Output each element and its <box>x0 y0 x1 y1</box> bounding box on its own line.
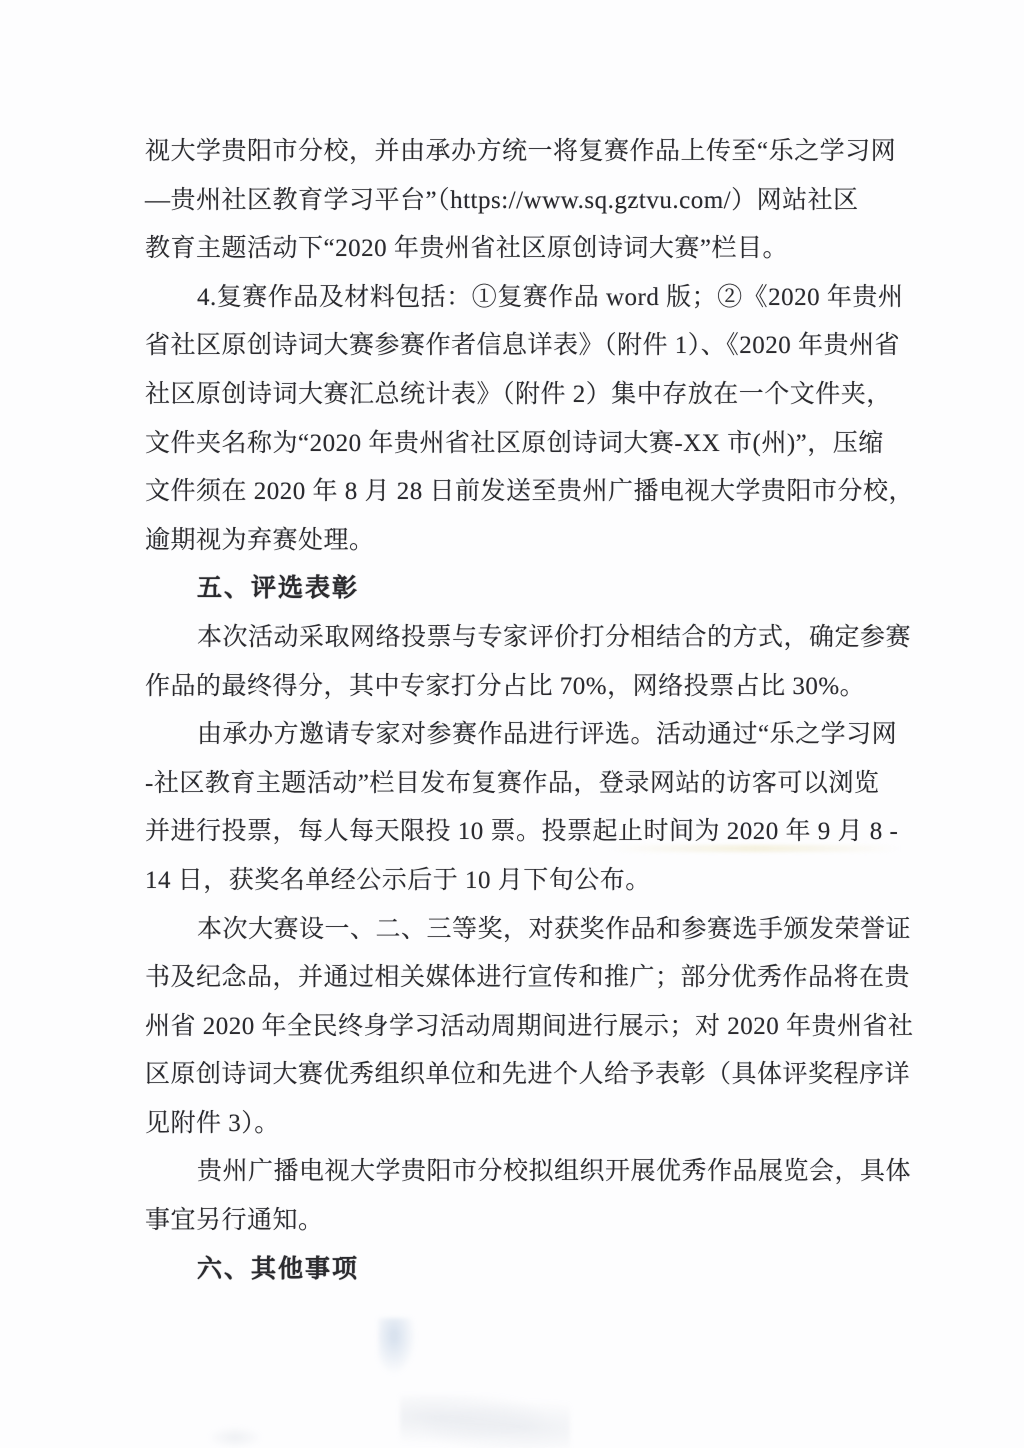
text-line: 4.复赛作品及材料包括：①复赛作品 word 版；②《2020 年贵州 <box>145 274 885 323</box>
text-line: 由承办方邀请专家对参赛作品进行评选。活动通过“乐之学习网 <box>145 711 885 760</box>
text-line: 逾期视为弃赛处理。 <box>145 517 885 566</box>
text-line: 区原创诗词大赛优秀组织单位和先进个人给予表彰（具体评奖程序详 <box>145 1051 885 1100</box>
scan-smudge <box>378 1318 418 1378</box>
scan-smudge <box>205 1425 265 1448</box>
document-page: 视大学贵阳市分校，并由承办方统一将复赛作品上传至“乐之学习网 —贵州社区教育学习… <box>0 0 1024 1448</box>
text-line: 文件须在 2020 年 8 月 28 日前发送至贵州广播电视大学贵阳市分校， <box>145 468 885 517</box>
section-heading-evaluation: 五、评选表彰 <box>145 565 885 614</box>
text-line: 省社区原创诗词大赛参赛作者信息详表》（附件 1）、《2020 年贵州省 <box>145 322 885 371</box>
text-line: 教育主题活动下“2020 年贵州省社区原创诗词大赛”栏目。 <box>145 225 885 274</box>
scan-smudge <box>400 1395 570 1448</box>
text-line: 见附件 3）。 <box>145 1100 885 1149</box>
text-line: -社区教育主题活动”栏目发布复赛作品，登录网站的访客可以浏览 <box>145 760 885 809</box>
text-line: 文件夹名称为“2020 年贵州省社区原创诗词大赛-XX 市(州)”，压缩 <box>145 420 885 469</box>
text-line: —贵州社区教育学习平台”（https://www.sq.gztvu.com/）网… <box>145 177 885 226</box>
text-line: 书及纪念品，并通过相关媒体进行宣传和推广；部分优秀作品将在贵 <box>145 954 885 1003</box>
section-heading-other-matters: 六、其他事项 <box>145 1246 885 1295</box>
text-line: 州省 2020 年全民终身学习活动周期间进行展示；对 2020 年贵州省社 <box>145 1003 885 1052</box>
text-line: 并进行投票，每人每天限投 10 票。投票起止时间为 2020 年 9 月 8 - <box>145 808 885 857</box>
document-body: 视大学贵阳市分校，并由承办方统一将复赛作品上传至“乐之学习网 —贵州社区教育学习… <box>145 128 885 1294</box>
text-line: 本次大赛设一、二、三等奖，对获奖作品和参赛选手颁发荣誉证 <box>145 906 885 955</box>
text-line: 本次活动采取网络投票与专家评价打分相结合的方式，确定参赛 <box>145 614 885 663</box>
text-line: 作品的最终得分，其中专家打分占比 70%，网络投票占比 30%。 <box>145 663 885 712</box>
text-line: 事宜另行通知。 <box>145 1197 885 1246</box>
text-line: 社区原创诗词大赛汇总统计表》（附件 2）集中存放在一个文件夹， <box>145 371 885 420</box>
text-line: 贵州广播电视大学贵阳市分校拟组织开展优秀作品展览会，具体 <box>145 1148 885 1197</box>
text-line: 14 日，获奖名单经公示后于 10 月下旬公布。 <box>145 857 885 906</box>
text-line: 视大学贵阳市分校，并由承办方统一将复赛作品上传至“乐之学习网 <box>145 128 885 177</box>
